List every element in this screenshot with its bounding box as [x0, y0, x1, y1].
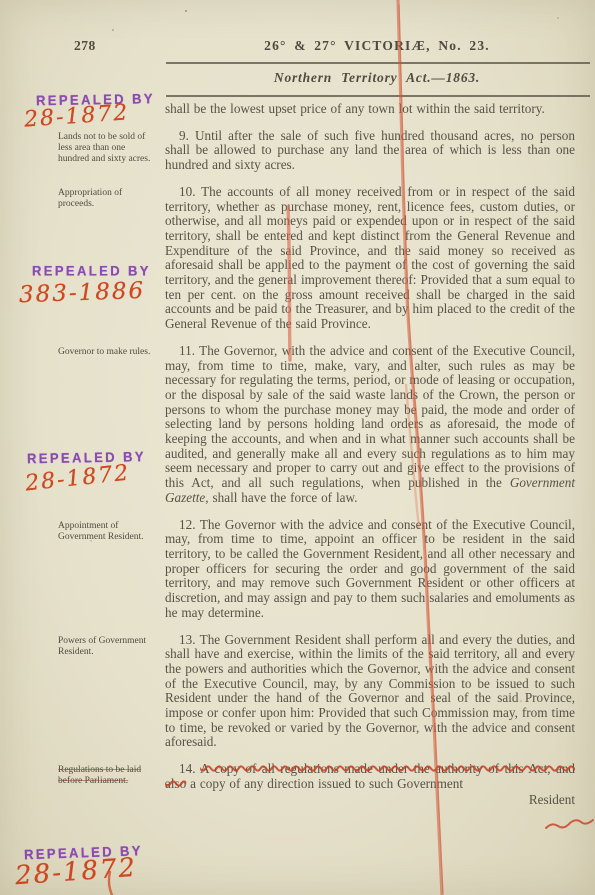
doc-title: Northern Territory Act.—1863. [165, 70, 589, 86]
running-header: 26° & 27° VICTORIÆ, No. 23. [165, 38, 589, 54]
repeal-reference-2: 383-1886 [19, 278, 146, 308]
paper-specks [0, 0, 2, 2]
margin-note-section-9: Lands not to be sold of less area than o… [58, 132, 158, 165]
paragraph-section-10: 10. The accounts of all money received f… [165, 185, 575, 332]
paragraph-section-11: 11. The Governor, with the advice and co… [165, 344, 575, 506]
section-13: Powers of Government Resident. 13. The G… [165, 633, 575, 751]
section-10: Appropriation of proceeds. 10. The accou… [165, 185, 575, 332]
margin-note-section-13: Powers of Government Resident. [58, 636, 158, 658]
section-14-number: 14. [179, 761, 200, 776]
section-11-text-end: , shall have the force of law. [205, 490, 357, 505]
paragraph-section-14: 14. A copy of all regulations made under… [165, 762, 575, 791]
page-number: 278 [74, 38, 96, 54]
margin-note-section-14: Regulations to be laid before Parliament… [58, 765, 158, 787]
margin-note-section-12: Appointment of Government Resident. [58, 521, 158, 543]
strike-squiggle-end [546, 820, 593, 828]
section-12: Appointment of Government Resident. 12. … [165, 518, 575, 621]
paragraph-section-13: 13. The Government Resident shall perfor… [165, 633, 575, 751]
margin-note-section-11: Governor to make rules. [58, 347, 158, 358]
section-continuation: shall be the lowest upset price of any t… [165, 102, 575, 117]
paragraph-section-12: 12. The Governor with the advice and con… [165, 518, 575, 621]
section-11: Governor to make rules. 11. The Governor… [165, 344, 575, 506]
repealed-stamp-2: REPEALED BY [32, 263, 151, 279]
horizontal-rule-under-title [166, 95, 590, 97]
paragraph-section-9: 9. Until after the sale of such five hun… [165, 129, 575, 173]
section-9: Lands not to be sold of less area than o… [165, 129, 575, 173]
paragraph-continuation: shall be the lowest upset price of any t… [165, 102, 575, 117]
catchword: Resident [165, 793, 575, 808]
margin-note-section-10: Appropriation of proceeds. [58, 188, 158, 210]
document-page: 278 26° & 27° VICTORIÆ, No. 23. Northern… [0, 0, 595, 895]
horizontal-rule-top [166, 62, 590, 64]
section-14: Regulations to be laid before Parliament… [165, 762, 575, 807]
section-14-text: a copy of any direction issued to such G… [186, 776, 463, 791]
section-11-text: 11. The Governor, with the advice and co… [165, 343, 575, 490]
body-column: shall be the lowest upset price of any t… [165, 102, 575, 819]
